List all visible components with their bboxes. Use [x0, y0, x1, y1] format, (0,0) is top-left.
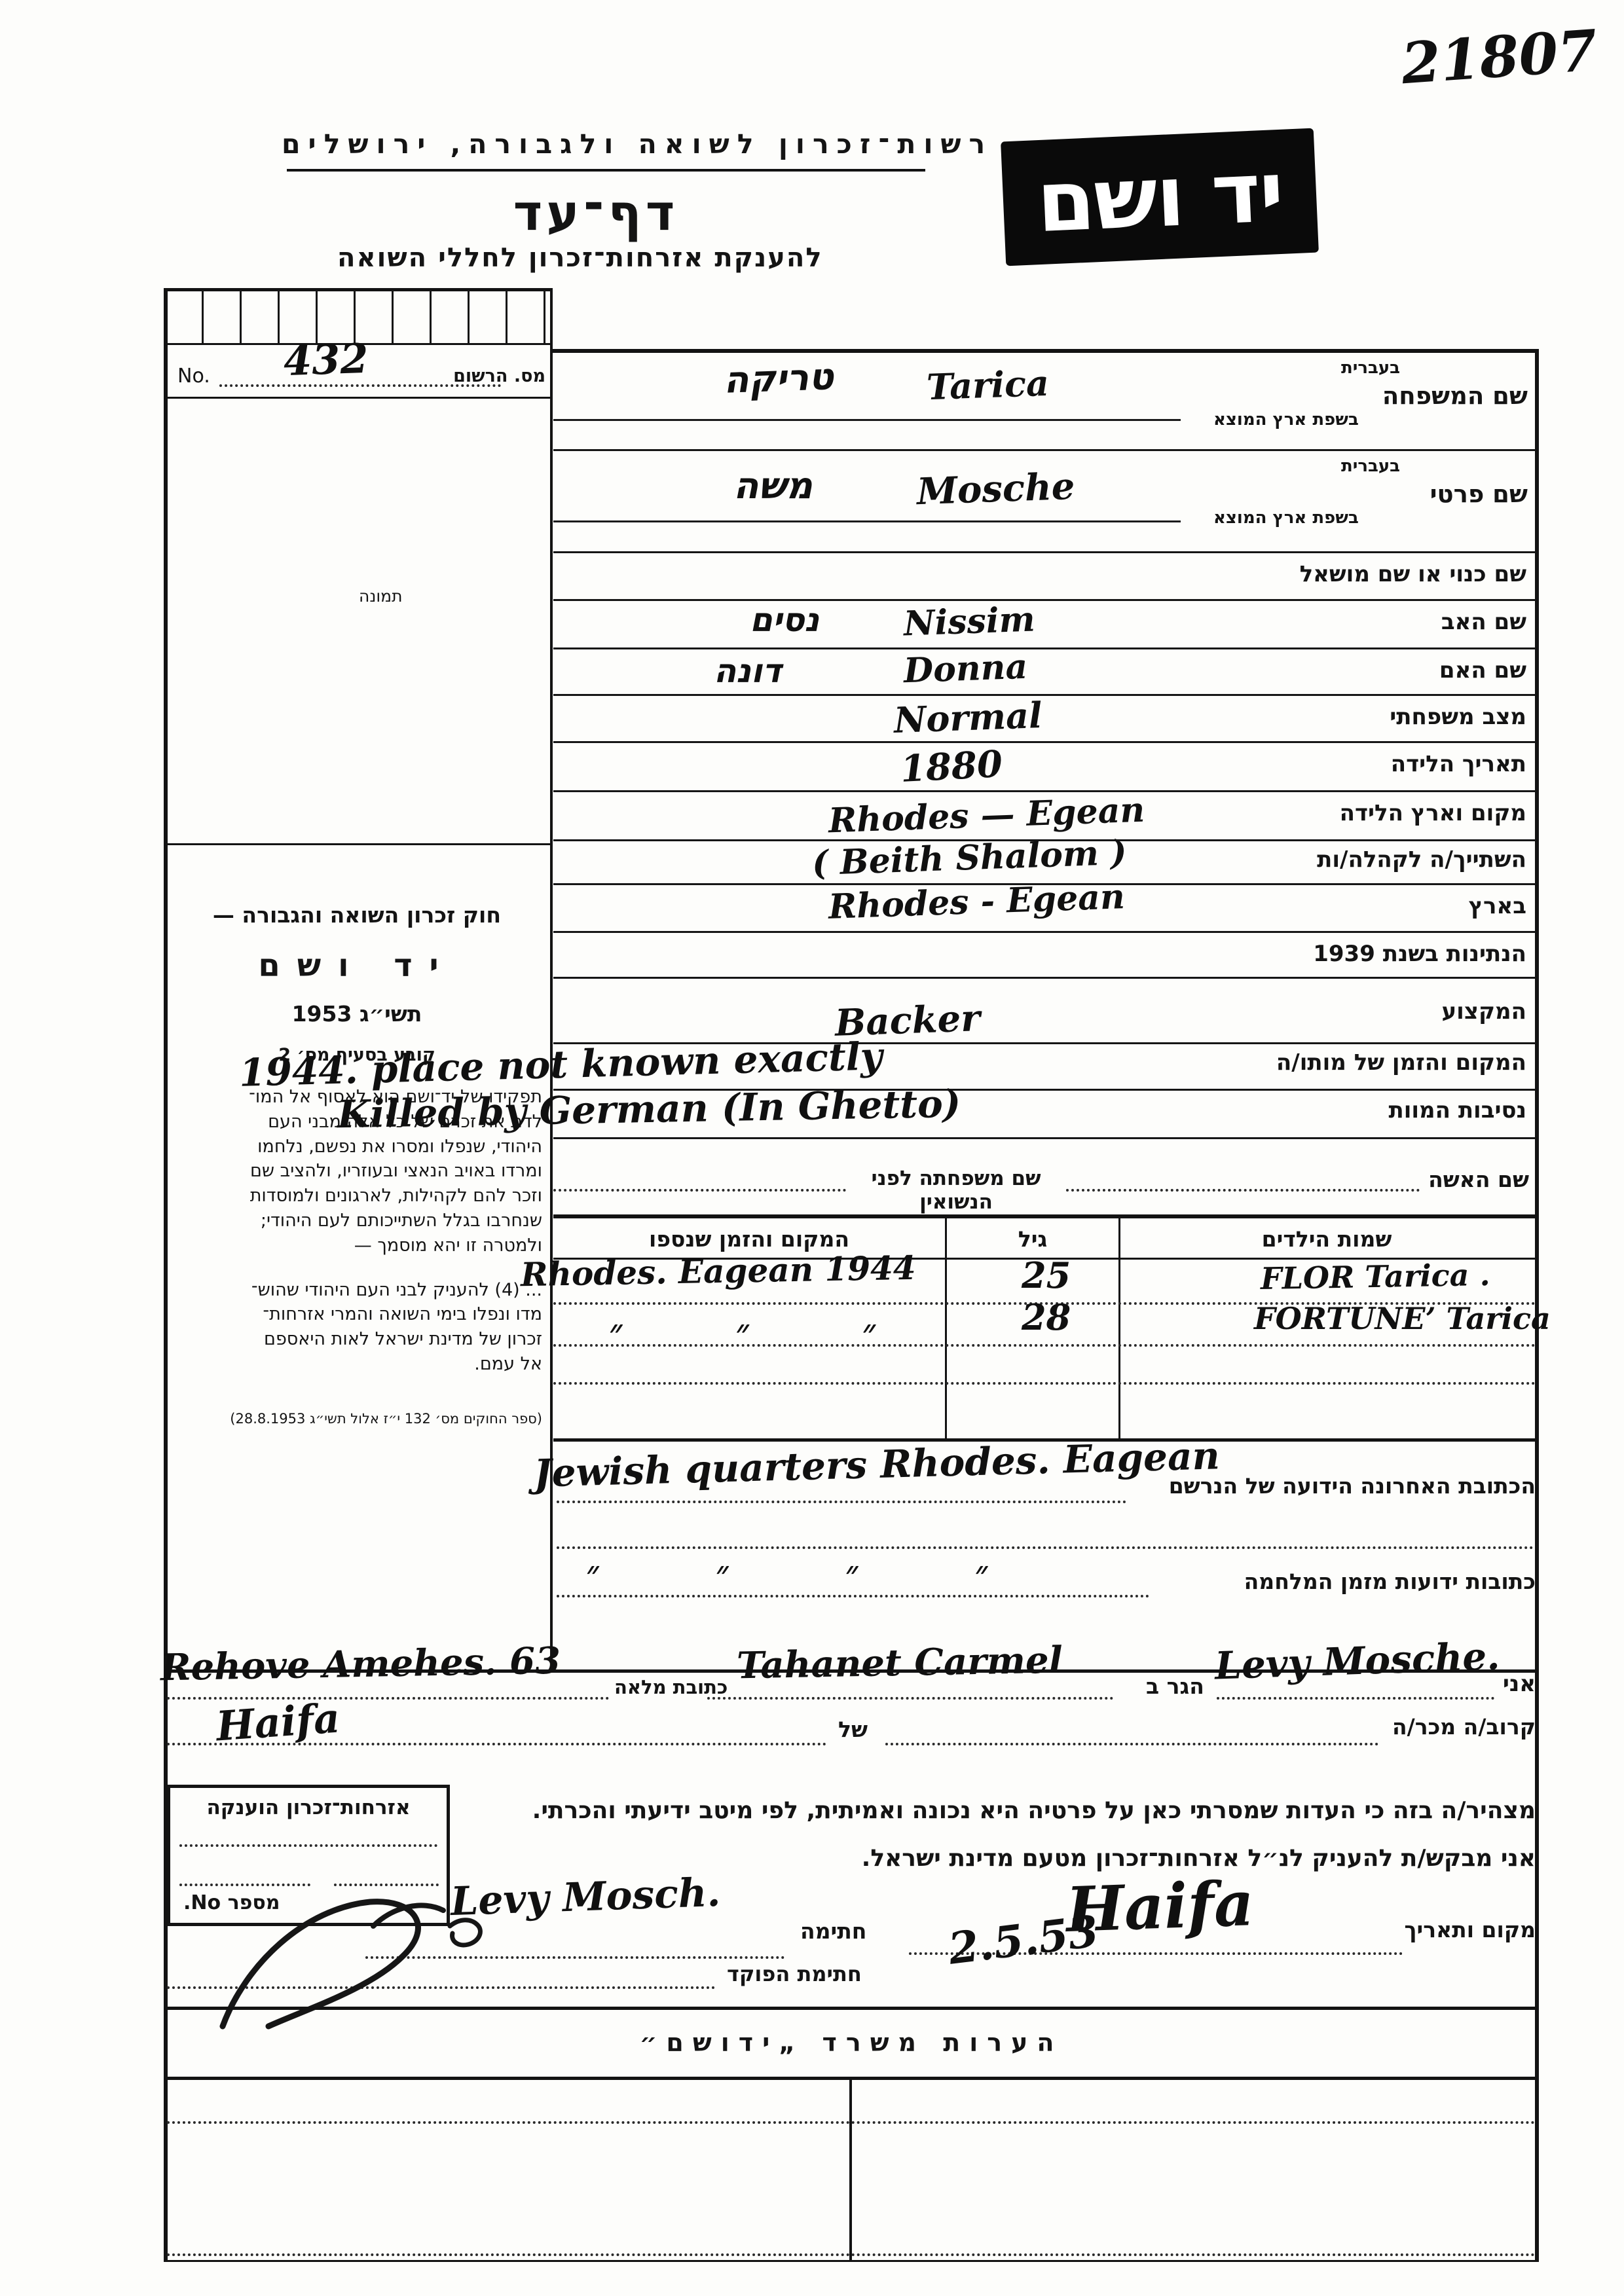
- declaration-dotted-line: [885, 1743, 1378, 1745]
- children-table: שמות הילדים גיל המקום והזמן שנספו FLOR T…: [553, 1214, 1536, 1442]
- label-profession: המקצוע: [1441, 998, 1526, 1025]
- declaration-request: אני מבקש/ת להעניק לנ״ל אזרחות־זכרון מטעם…: [862, 1845, 1536, 1872]
- field-row-father: שם האב נסים Nissim: [553, 601, 1536, 649]
- field-row-community: השתייך/ה לקהלה/ות ( Beith Shalom ): [553, 841, 1536, 885]
- form-title: דף־עד: [498, 183, 694, 242]
- value-signature: Levy Mosch.: [450, 1873, 721, 1922]
- value-country: Rhodes - Egean: [828, 880, 1125, 924]
- value-father-latin: Nissim: [903, 603, 1035, 642]
- divider: [164, 843, 550, 845]
- divider: [164, 397, 550, 399]
- value-mother-hebrew: דונה: [714, 655, 782, 687]
- value-family-name-latin: Tarica: [926, 365, 1050, 405]
- fields-column: בעברית שם המשפחה בשפת ארץ המוצא טריקה Ta…: [553, 353, 1536, 1214]
- declaration-dotted-line: [167, 1743, 826, 1745]
- label-origin-language: בשפת ארץ המוצא: [1213, 508, 1528, 528]
- child-1-place: Rhodes. Eagean 1944: [521, 1252, 916, 1292]
- children-row-dotted: [553, 1382, 1536, 1385]
- law-year: תשי״ג 1953: [172, 1001, 542, 1027]
- value-birth-date: 1880: [900, 746, 1004, 788]
- label-last-known-address: הכתובת האחרונה הידועה של הנרשם: [1169, 1473, 1536, 1499]
- child-1-age: 25: [1022, 1258, 1071, 1293]
- child-1-name: FLOR Tarica .: [1261, 1260, 1490, 1294]
- child-2-place-ditto: ״ ״ ״: [609, 1314, 877, 1349]
- registration-reg-label: מס. הרשום: [453, 366, 545, 386]
- label-citizenship-1939: הנתינות בשנת 1939: [1313, 941, 1526, 967]
- yad-vashem-logo-text: יד ושם: [1035, 143, 1285, 251]
- child-2-age: 28: [1022, 1300, 1071, 1335]
- declaration-dotted-line: [167, 1697, 609, 1700]
- divider: [164, 2260, 1539, 2262]
- value-declarant-city: Haifa: [215, 1698, 341, 1747]
- label-death-place-time: המקום והזמן של מותו/ה: [1276, 1049, 1526, 1076]
- address-dotted-line: [557, 1595, 1149, 1597]
- official-signature-scribble: [206, 1886, 488, 2043]
- value-last-known-address: Jewish quarters Rhodes. Eagean: [533, 1436, 1220, 1492]
- notes-dotted-line: [167, 2253, 1536, 2256]
- children-header-place: המקום והזמן שנספו: [553, 1226, 945, 1252]
- divider: [164, 288, 168, 2261]
- label-father-name: שם האב: [1441, 609, 1526, 635]
- label-marital-status: מצב משפחתי: [1390, 704, 1526, 730]
- photo-label: תמונה: [359, 587, 403, 606]
- divider: [849, 2077, 852, 2260]
- wife-dotted-line: [1066, 1189, 1420, 1192]
- divider: [164, 2007, 1539, 2010]
- children-header-names: שמות הילדים: [1120, 1226, 1533, 1252]
- archive-number-handwritten: 21807: [1399, 23, 1598, 93]
- granted-box-title: אזרחות־זכרון הוענקה: [170, 1796, 447, 1819]
- declaration-dotted-line: [1217, 1697, 1494, 1700]
- law-footnote: (ספר החוקים מס׳ 132 י״ז אלול תשי״ג 28.8.…: [172, 1411, 542, 1427]
- wife-dotted-line: [553, 1189, 846, 1192]
- field-row-family-name: בעברית שם המשפחה בשפת ארץ המוצא טריקה Ta…: [553, 353, 1536, 451]
- law-paragraph-2: ... (4) להעניק לבני העם היהודי שהוש־ מדו…: [172, 1278, 542, 1377]
- field-row-nickname: שם כנוי או שם מושאל: [553, 553, 1536, 601]
- label-of: של: [838, 1717, 868, 1742]
- value-death-circumstances: Killed by German (In Ghetto): [337, 1085, 961, 1134]
- field-row-first-name: בעברית שם פרטי בשפת ארץ המוצא משה Mosche: [553, 451, 1536, 553]
- authority-line: רשות־זכרון לשואה ולגבורה, ירושלים: [282, 128, 993, 160]
- label-wife-name: שם האשה: [1428, 1167, 1529, 1192]
- label-in-hebrew: בעברית: [1213, 456, 1528, 476]
- field-label-first-name: בעברית שם פרטי בשפת ארץ המוצא: [1213, 456, 1528, 528]
- label-official-signature: חתימת הפוקד: [727, 1961, 862, 1986]
- label-birth-date: תאריך הלידה: [1391, 751, 1526, 777]
- registration-number-handwritten: 432: [283, 338, 369, 382]
- label-nickname: שם כנוי או שם מושאל: [1300, 561, 1526, 587]
- label-wartime-addresses: כתובות ידועות מזמן המלחמה: [1244, 1569, 1536, 1594]
- field-row-mother: שם האם דונה Donna: [553, 649, 1536, 696]
- value-wartime-addresses-ditto: ״ ״ ״ ״: [586, 1557, 987, 1591]
- label-full-address: כתובת מלאה: [614, 1676, 728, 1698]
- field-label-family-name: בעברית שם המשפחה בשפת ארץ המוצא: [1213, 358, 1528, 429]
- writing-line: [553, 419, 1181, 421]
- field-row-profession: המקצוע Backer: [553, 979, 1536, 1044]
- address-dotted-line: [557, 1546, 1534, 1549]
- label-family-name: שם המשפחה: [1213, 382, 1528, 410]
- value-mother-latin: Donna: [903, 650, 1028, 689]
- value-marital-status: Normal: [893, 697, 1043, 738]
- registration-no-label: No.: [177, 365, 210, 388]
- child-2-name: FORTUNE’ Tarica: [1254, 1303, 1551, 1334]
- value-declarant-name: Levy Mosche.: [1214, 1637, 1500, 1685]
- writing-line: [553, 520, 1181, 522]
- value-residence: Tahanet Carmel: [737, 1642, 1063, 1685]
- label-origin-language: בשפת ארץ המוצא: [1213, 410, 1528, 429]
- divider: [287, 169, 925, 172]
- field-row-birth-date: תאריך הלידה 1880: [553, 743, 1536, 792]
- label-country: בארץ: [1469, 893, 1526, 919]
- field-row-country: בארץ Rhodes - Egean: [553, 885, 1536, 933]
- office-notes-header: הערות משרד „ידושם״: [164, 2028, 1539, 2057]
- label-relative: קרוב/ה מכר/ה: [1392, 1714, 1536, 1740]
- declaration-dotted-line: [707, 1697, 1113, 1700]
- label-maiden-name: שם משפחתה לפני הנשואין: [848, 1167, 1064, 1214]
- value-father-hebrew: נסים: [750, 604, 819, 636]
- value-declarant-address: Rehove Amehes. 63: [160, 1643, 561, 1686]
- value-first-name-latin: Mosche: [916, 468, 1075, 510]
- label-place-and-date: מקום ותאריך: [1404, 1917, 1536, 1942]
- value-community: ( Beith Shalom ): [811, 836, 1127, 881]
- label-birth-place: מקום וארץ הלידה: [1340, 800, 1526, 826]
- registration-row: No. 432 מס. הרשום: [166, 345, 551, 397]
- value-official-date: 2.5.53: [946, 1909, 1101, 1970]
- address-dotted-line: [557, 1501, 1126, 1503]
- field-row-marital-status: מצב משפחתי Normal: [553, 696, 1536, 743]
- value-birth-place: Rhodes — Egean: [828, 793, 1145, 839]
- label-i: אני: [1503, 1671, 1536, 1697]
- value-family-name-hebrew: טריקה: [723, 359, 834, 399]
- label-death-circumstances: נסיבות המוות: [1388, 1097, 1526, 1123]
- notes-dotted-line: [167, 2121, 1536, 2124]
- label-resides-in: הגר ב: [1146, 1673, 1204, 1699]
- label-community: השתייך/ה לקהלה/ות: [1317, 847, 1526, 873]
- yad-vashem-logo: יד ושם: [1001, 128, 1319, 266]
- law-block: חוק זכרון השואה והגבורה — יד ושם תשי״ג 1…: [172, 902, 542, 1427]
- field-row-birth-place: מקום וארץ הלידה Rhodes — Egean: [553, 792, 1536, 841]
- label-first-name: שם פרטי: [1213, 480, 1528, 508]
- children-header-age: גיל: [947, 1226, 1118, 1252]
- field-row-citizenship-1939: הנתינות בשנת 1939: [553, 933, 1536, 979]
- label-in-hebrew: בעברית: [1213, 358, 1528, 378]
- law-title: חוק זכרון השואה והגבורה —: [172, 902, 542, 928]
- law-yad-vashem: יד ושם: [172, 947, 542, 984]
- label-mother-name: שם האם: [1439, 657, 1526, 683]
- value-first-name-hebrew: משה: [733, 468, 813, 505]
- declaration-statement: מצהיר/ה בזה כי העדות שמסרתי כאן על פרטיה…: [532, 1797, 1536, 1824]
- form-subtitle: להענקת אזרחות־זכרון לחללי השואה: [337, 243, 823, 273]
- granted-box-dotted: [179, 1844, 437, 1847]
- page-of-testimony-scan: 21807 רשות־זכרון לשואה ולגבורה, ירושלים …: [0, 0, 1624, 2296]
- label-signature: חתימה: [800, 1918, 866, 1944]
- field-row-wife: שם משפחתה לפני הנשואין שם האשה: [553, 1139, 1536, 1214]
